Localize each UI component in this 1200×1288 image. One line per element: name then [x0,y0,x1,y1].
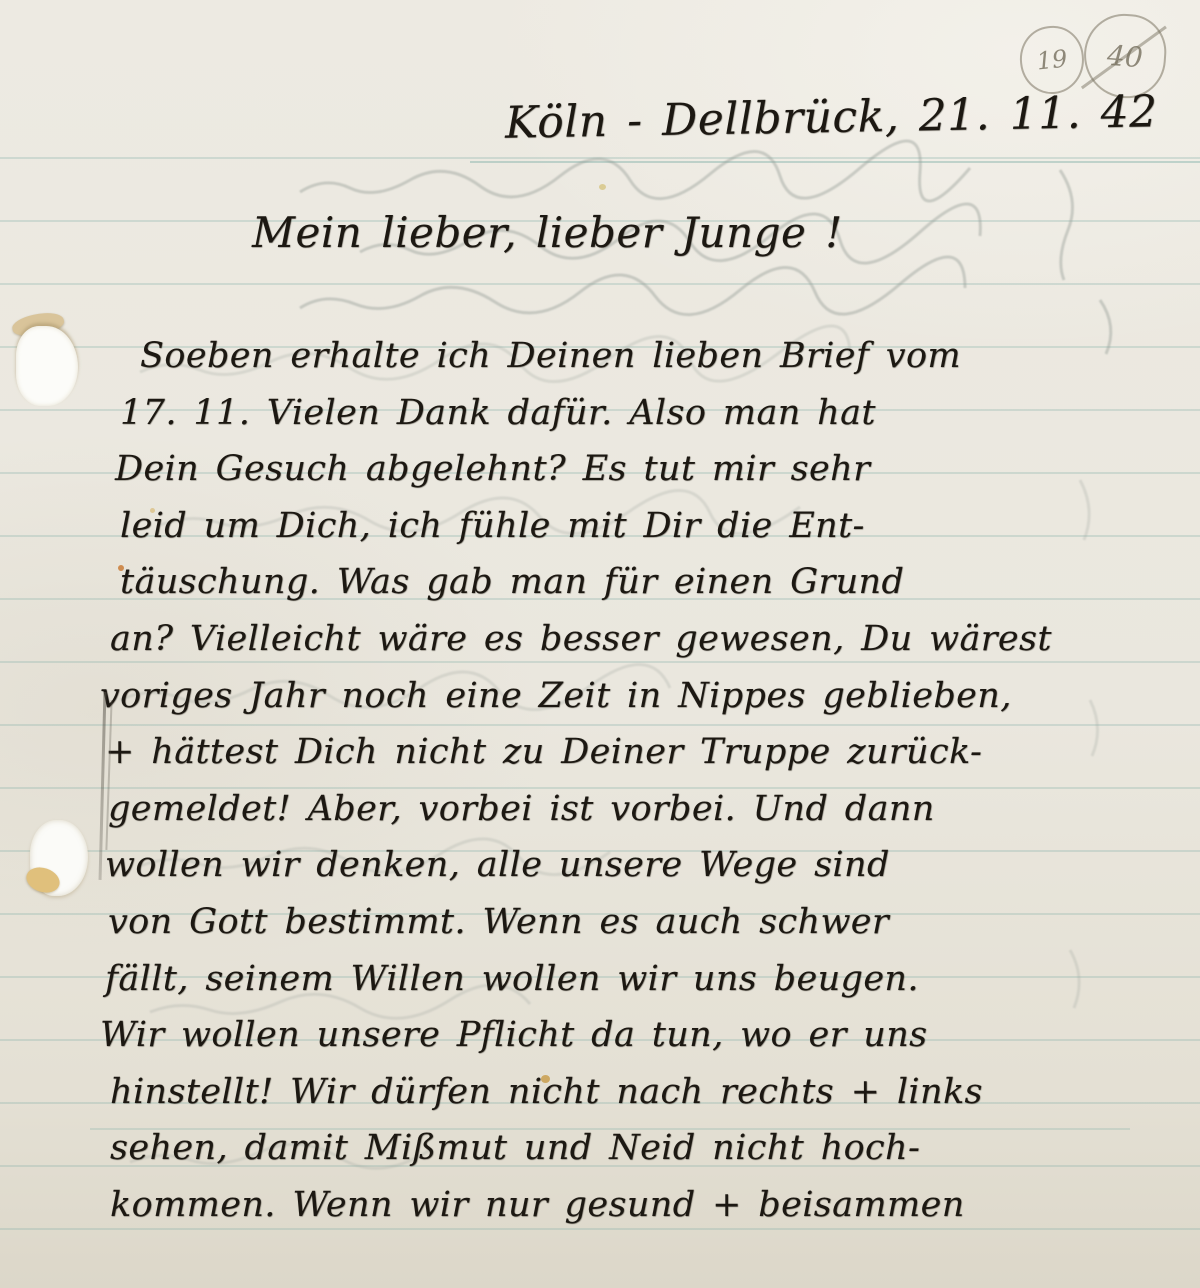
letter-line: voriges Jahr noch eine Zeit in Nippes ge… [100,676,1012,716]
letter-line: Soeben erhalte ich Deinen lieben Brief v… [140,336,961,376]
letter-line: + hättest Dich nicht zu Deiner Truppe zu… [105,732,982,772]
foxing-speck [541,1075,550,1083]
foxing-speck [150,508,155,513]
letter-line: gemeldet! Aber, vorbei ist vorbei. Und d… [108,789,935,829]
paper-tear-patch [16,326,78,406]
letter-line: sehen, damit Mißmut und Neid nicht hoch- [110,1128,920,1168]
foxing-speck [118,565,124,571]
pencil-number: 19 [1035,44,1068,75]
letter-line: von Gott bestimmt. Wenn es auch schwer [108,902,889,942]
pencil-circled-number-left: 19 [1017,23,1088,97]
ruled-line-accent [470,161,1200,163]
letter-line: kommen. Wenn wir nur gesund + beisammen [110,1185,965,1225]
pencil-strike-line [1081,26,1167,90]
letter-page: 19 40 Köln - Dellbrück, 21. 11. 42 Mein … [0,0,1200,1288]
letter-line: an? Vielleicht wäre es besser gewesen, D… [110,619,1052,659]
letter-line: Wir wollen unsere Pflicht da tun, wo er … [100,1015,928,1055]
letter-line: 17. 11. Vielen Dank dafür. Also man hat [120,393,876,433]
letter-line: wollen wir denken, alle unsere Wege sind [105,845,890,885]
letter-line: täuschung. Was gab man für einen Grund [120,562,904,602]
letter-dateline: Köln - Dellbrück, 21. 11. 42 [505,86,1158,148]
foxing-speck [599,184,606,190]
letter-line: leid um Dich, ich fühle mit Dir die Ent- [120,506,865,546]
letter-salutation: Mein lieber, lieber Junge ! [252,208,843,257]
letter-line: Dein Gesuch abgelehnt? Es tut mir sehr [115,449,870,489]
letter-line: fällt, seinem Willen wollen wir uns beug… [105,959,919,999]
